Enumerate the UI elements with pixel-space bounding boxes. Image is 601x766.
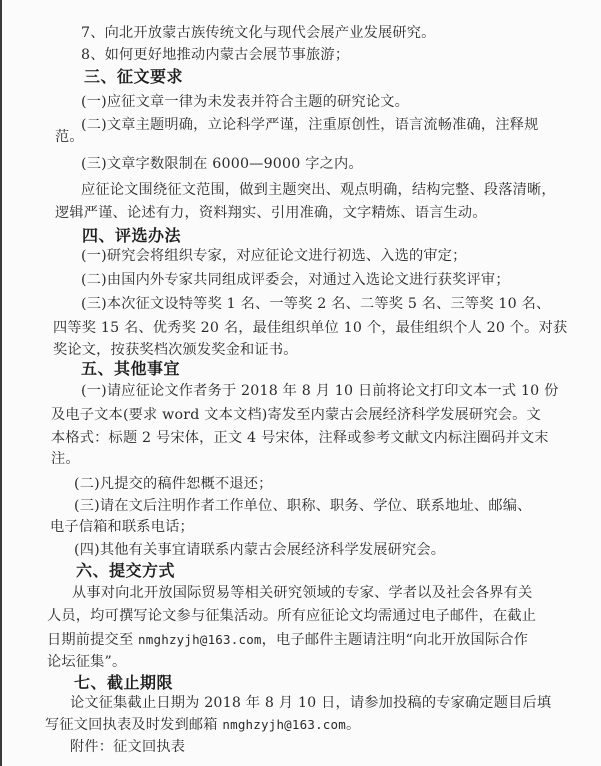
section-heading-other-matters: 五、其他事宜 [81, 358, 180, 380]
section-heading-submission: 六、提交方式 [76, 560, 175, 582]
requirement-2-line1: (二)文章主题明确，立论科学严谨，注重原创性，语言流畅准确，注释规 [81, 115, 539, 135]
deadline-line2: 写征文回执表及时发到邮箱 nmghzyjh@163.com。 [45, 715, 360, 735]
other-3-line1: (三)请在文后注明作者工作单位、职称、职务、学位、联系地址、邮编、 [74, 496, 532, 516]
topic-item-8: 8、如何更好地推动内蒙古会展节事旅游； [81, 45, 349, 65]
deadline-email: nmghzyjh@163.com [222, 717, 346, 732]
section-heading-requirements: 三、征文要求 [84, 66, 183, 88]
requirement-3: (三)文章字数限制在 6000—9000 字之内。 [81, 154, 363, 174]
evaluation-1: (一)研究会将组织专家，对应征论文进行初选、入选的审定； [81, 246, 467, 266]
submission-line3: 日期前提交至 nmghzyjh@163.com，电子邮件主题请注明“向北开放国际… [47, 630, 528, 650]
other-2: (二)凡提交的稿件恕概不退还； [74, 474, 273, 494]
evaluation-2: (二)由国内外专家共同组成评委会，对通过入选论文进行获奖评审； [81, 270, 510, 290]
submission-line4: 论坛征集”。 [47, 652, 126, 672]
other-1-line2: 及电子文本(要求 word 文本文档)寄发至内蒙古会展经济科学发展研究会。文 [51, 405, 541, 425]
other-4: (四)其他有关事宜请联系内蒙古会展经济科学发展研究会。 [74, 540, 445, 560]
other-3-line2: 电子信箱和联系电话； [50, 517, 194, 537]
other-1-line3: 本格式：标题 2 号宋体，正文 4 号宋体，注释或参考文献文内标注圈码并文末 [51, 428, 549, 448]
submission-line1: 从事对向北开放国际贸易等相关研究领域的专家、学者以及社会各界有关 [72, 583, 532, 603]
requirement-4-line1: 应征论文围绕征文范围，做到主题突出、观点明确，结构完整、段落清晰， [81, 180, 556, 200]
topic-item-7: 7、向北开放蒙古族传统文化与现代会展产业发展研究。 [81, 23, 436, 43]
attachment-note: 附件：征文回执表 [70, 737, 185, 757]
deadline-line1: 论文征集截止日期为 2018 年 8 月 10 日，请参加投稿的专家确定题目后填 [70, 693, 551, 713]
requirement-1: (一)应征文章一律为未发表并符合主题的研究论文。 [81, 92, 409, 112]
document-page: 7、向北开放蒙古族传统文化与现代会展产业发展研究。 8、如何更好地推动内蒙古会展… [0, 0, 601, 766]
deadline-line2-prefix: 写征文回执表及时发到邮箱 [45, 717, 222, 733]
other-1-line4: 注。 [51, 449, 80, 469]
submission-line2: 人员，均可撰写论文参与征集活动。所有应征论文均需通过电子邮件，在截止 [47, 606, 536, 626]
submission-line3-prefix: 日期前提交至 [47, 632, 138, 648]
deadline-line2-suffix: 。 [346, 717, 360, 733]
requirement-2-line2: 范。 [55, 127, 84, 147]
section-heading-deadline: 七、截止期限 [74, 672, 173, 694]
evaluation-3-line2: 四等奖 15 名、优秀奖 20 名，最佳组织单位 10 个，最佳组织个人 20 … [53, 318, 567, 338]
other-1-line1: (一)请应征论文作者务于 2018 年 8 月 10 日前将论文打印文本一式 1… [81, 381, 559, 401]
requirement-4-line2: 逻辑严谨、论述有力，资料翔实、引用准确，文字精炼、语言生动。 [55, 203, 487, 223]
submission-email: nmghzyjh@163.com [138, 632, 262, 647]
section-heading-evaluation: 四、评选办法 [82, 225, 181, 247]
submission-line3-suffix: ，电子邮件主题请注明“向北开放国际合作 [262, 632, 528, 648]
evaluation-3-line3: 奖论文，按获奖档次颁发奖金和证书。 [53, 340, 298, 360]
evaluation-3-line1: (三)本次征文设特等奖 1 名、一等奖 2 名、二等奖 5 名、三等奖 10 名… [81, 294, 550, 314]
